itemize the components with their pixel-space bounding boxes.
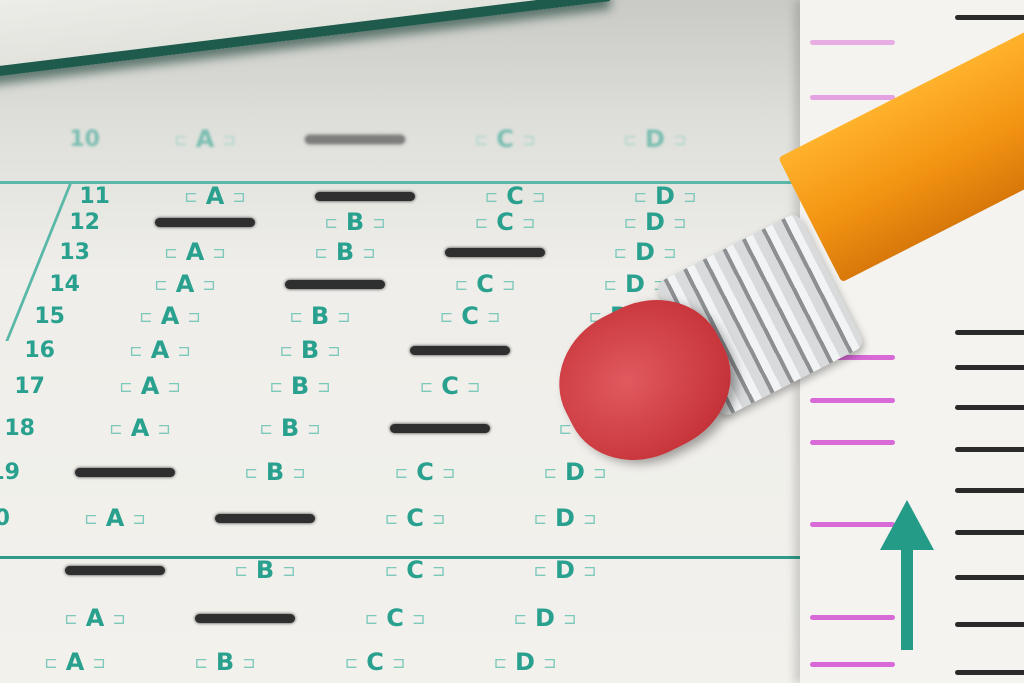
bubble-a: ⊏A⊐ xyxy=(85,336,235,364)
answer-row: 20 ⊏A⊐ ⊏C⊐ ⊏D⊐ xyxy=(0,504,640,532)
bubble-b: ⊏B⊐ xyxy=(150,648,300,676)
answer-row: ⊏A⊐ ⊏B⊐ ⊏C⊐ ⊏D⊐ xyxy=(0,648,600,676)
answer-row: ⊏B⊐ ⊏C⊐ ⊏D⊐ xyxy=(40,556,640,584)
bubble-a: ⊏A⊐ xyxy=(0,648,150,676)
bubble-b: ⊏B⊐ xyxy=(215,414,365,442)
bubble-b: ⊏B⊐ xyxy=(245,302,395,330)
pink-tick xyxy=(810,40,895,45)
bubble-c: ⊏C⊐ xyxy=(350,458,500,486)
pencil-mark xyxy=(75,468,175,477)
bubble-a: ⊏A⊐ xyxy=(65,414,215,442)
black-tick xyxy=(955,530,1024,535)
bubble-a: ⊏A⊐ xyxy=(75,372,225,400)
bubble-c: ⊏C⊐ xyxy=(430,208,580,236)
bubble-a: ⊏A⊐ xyxy=(120,238,270,266)
pencil xyxy=(560,130,1024,460)
question-number: 11 xyxy=(50,184,110,209)
question-number: 18 xyxy=(0,416,35,441)
question-number: 12 xyxy=(40,210,100,235)
pink-tick xyxy=(810,95,895,100)
bubble-d: ⊏D⊐ xyxy=(470,604,620,632)
black-tick xyxy=(955,15,1024,20)
question-number: 16 xyxy=(0,338,55,363)
up-arrow-icon xyxy=(880,500,934,650)
pencil-mark xyxy=(215,514,315,523)
bubble-d: ⊏D⊐ xyxy=(490,504,640,532)
bubble-c: ⊏C⊐ xyxy=(340,556,490,584)
photo-scene: 10 ⊏A⊐ ⊏C⊐ ⊏D⊐ 11 ⊏A⊐ ⊏C⊐ ⊏D⊐ 12 ⊏B⊐ ⊏C⊐… xyxy=(0,0,1024,683)
question-number: 14 xyxy=(20,272,80,297)
bubble-c: ⊏C⊐ xyxy=(375,372,525,400)
pencil-mark xyxy=(195,614,295,623)
bubble-a: ⊏A⊐ xyxy=(95,302,245,330)
pencil-mark xyxy=(410,346,510,355)
bubble-a: ⊏A⊐ xyxy=(20,604,170,632)
bubble-c: ⊏C⊐ xyxy=(430,125,580,153)
bubble-c: ⊏C⊐ xyxy=(395,302,545,330)
question-number: 19 xyxy=(0,460,20,485)
bubble-c: ⊏C⊐ xyxy=(300,648,450,676)
pencil-mark xyxy=(315,192,415,201)
bubble-a: ⊏A⊐ xyxy=(140,182,290,210)
black-tick xyxy=(955,575,1024,580)
question-number: 13 xyxy=(30,240,90,265)
pencil-mark xyxy=(445,248,545,257)
bubble-b: ⊏B⊐ xyxy=(190,556,340,584)
black-tick xyxy=(955,622,1024,627)
black-tick xyxy=(955,670,1024,675)
question-number: 15 xyxy=(5,304,65,329)
question-number: 20 xyxy=(0,506,10,531)
bubble-b: ⊏B⊐ xyxy=(225,372,375,400)
answer-row: ⊏A⊐ ⊏C⊐ ⊏D⊐ xyxy=(20,604,620,632)
bubble-b: ⊏B⊐ xyxy=(200,458,350,486)
bubble-c: ⊏C⊐ xyxy=(410,270,560,298)
pencil-mark xyxy=(285,280,385,289)
question-number: 17 xyxy=(0,374,45,399)
pencil-mark xyxy=(305,135,405,144)
bubble-b: ⊏B⊐ xyxy=(270,238,420,266)
bubble-c: ⊏C⊐ xyxy=(340,504,490,532)
bubble-d: ⊏D⊐ xyxy=(450,648,600,676)
bubble-b: ⊏B⊐ xyxy=(235,336,385,364)
bubble-c: ⊏C⊐ xyxy=(320,604,470,632)
bubble-d: ⊏D⊐ xyxy=(500,458,650,486)
bubble-a: ⊏A⊐ xyxy=(40,504,190,532)
pencil-mark xyxy=(65,566,165,575)
bubble-a: ⊏A⊐ xyxy=(110,270,260,298)
pink-tick xyxy=(810,662,895,667)
bubble-a: ⊏A⊐ xyxy=(130,125,280,153)
bubble-d: ⊏D⊐ xyxy=(490,556,640,584)
black-tick xyxy=(955,488,1024,493)
answer-row: 19 ⊏B⊐ ⊏C⊐ ⊏D⊐ xyxy=(0,458,650,486)
pencil-mark xyxy=(155,218,255,227)
bubble-b: ⊏B⊐ xyxy=(280,208,430,236)
pencil-mark xyxy=(390,424,490,433)
question-number: 10 xyxy=(40,127,100,152)
